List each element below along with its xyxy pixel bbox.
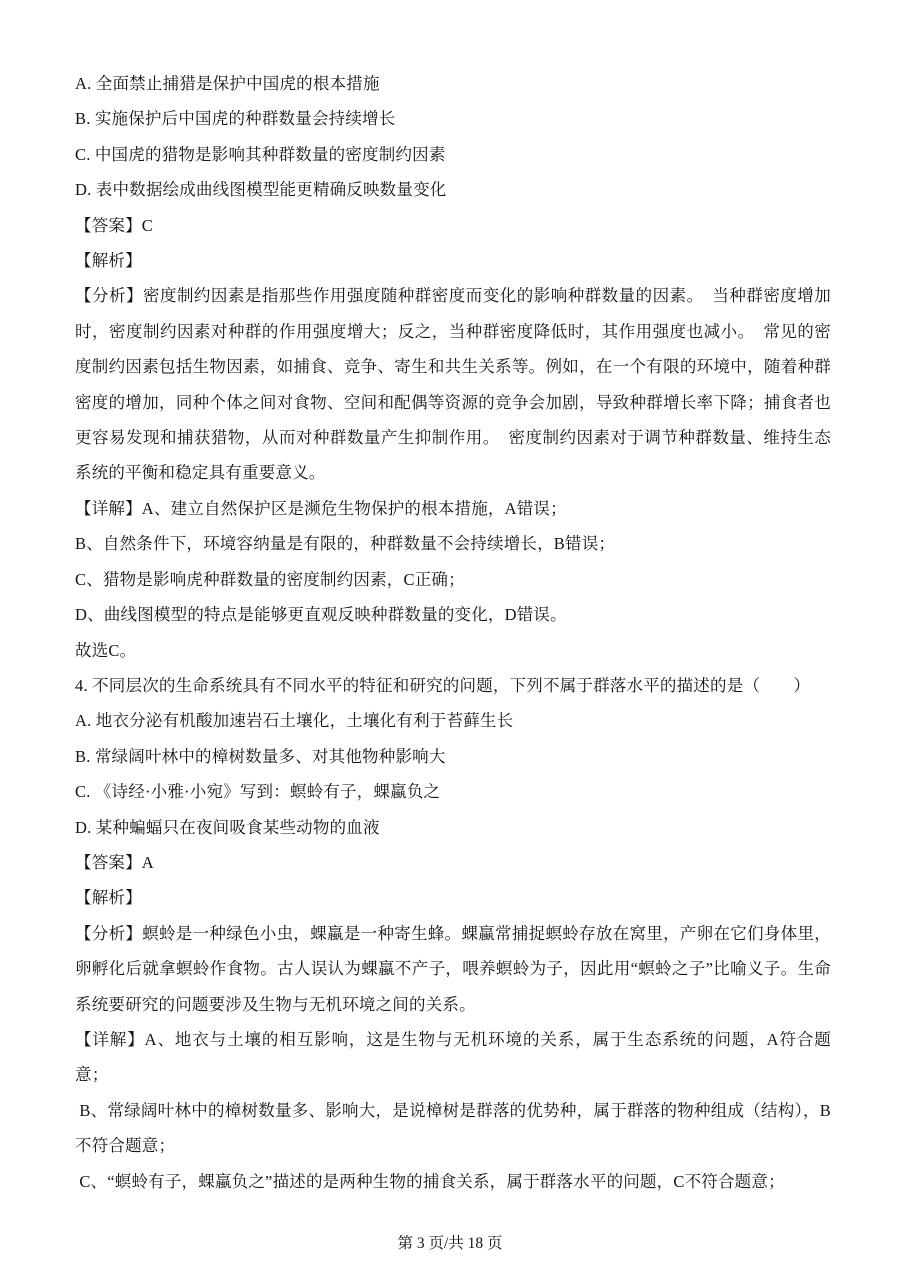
page-number-footer: 第 3 页/共 18 页 (0, 1231, 900, 1253)
q4-detail-c: C、“螟蛉有子，蜾蠃负之”描述的是两种生物的捕食关系，属于群落水平的问题，C不符… (75, 1164, 831, 1199)
q3-detail-b: B、自然条件下，环境容纳量是有限的，种群数量不会持续增长，B错误； (75, 526, 831, 561)
q3-option-a: A. 全面禁止捕猎是保护中国虎的根本措施 (75, 66, 831, 101)
q4-option-b: B. 常绿阔叶林中的樟树数量多、对其他物种影响大 (75, 739, 831, 774)
q3-option-d: D. 表中数据绘成曲线图模型能更精确反映数量变化 (75, 172, 831, 207)
q3-conclusion: 故选C。 (75, 633, 831, 668)
q4-option-a: A. 地衣分泌有机酸加速岩石土壤化，土壤化有利于苔藓生长 (75, 703, 831, 738)
q4-option-c: C. 《诗经·小雅·小宛》写到：螟蛉有子，蜾蠃负之 (75, 774, 831, 809)
q3-analysis-header: 【解析】 (75, 243, 831, 278)
q3-option-c: C. 中国虎的猎物是影响其种群数量的密度制约因素 (75, 137, 831, 172)
q4-analysis-paragraph: 【分析】螟蛉是一种绿色小虫，蜾蠃是一种寄生蜂。蜾蠃常捕捉螟蛉存放在窝里，产卵在它… (75, 916, 831, 1022)
q3-detail-d: D、曲线图模型的特点是能够更直观反映种群数量的变化，D错误。 (75, 597, 831, 632)
page-body: A. 全面禁止捕猎是保护中国虎的根本措施 B. 实施保护后中国虎的种群数量会持续… (75, 66, 831, 1199)
q4-analysis-header: 【解析】 (75, 880, 831, 915)
q3-detail-a: 【详解】A、建立自然保护区是濒危生物保护的根本措施，A错误； (75, 491, 831, 526)
exam-answer-page: A. 全面禁止捕猎是保护中国虎的根本措施 B. 实施保护后中国虎的种群数量会持续… (0, 0, 900, 1273)
q4-stem: 4. 不同层次的生命系统具有不同水平的特征和研究的问题，下列不属于群落水平的描述… (75, 668, 831, 703)
q4-detail-b: B、常绿阔叶林中的樟树数量多、影响大，是说樟树是群落的优势种，属于群落的物种组成… (75, 1093, 831, 1164)
q3-answer-line: 【答案】C (75, 208, 831, 243)
q4-option-d: D. 某种蝙蝠只在夜间吸食某些动物的血液 (75, 810, 831, 845)
q4-detail-a: 【详解】A、地衣与土壤的相互影响，这是生物与无机环境的关系，属于生态系统的问题，… (75, 1022, 831, 1093)
q4-answer-line: 【答案】A (75, 845, 831, 880)
q3-detail-c: C、猎物是影响虎种群数量的密度制约因素，C正确； (75, 562, 831, 597)
q3-analysis-paragraph: 【分析】密度制约因素是指那些作用强度随种群密度而变化的影响种群数量的因素。 当种… (75, 278, 831, 490)
q3-option-b: B. 实施保护后中国虎的种群数量会持续增长 (75, 101, 831, 136)
